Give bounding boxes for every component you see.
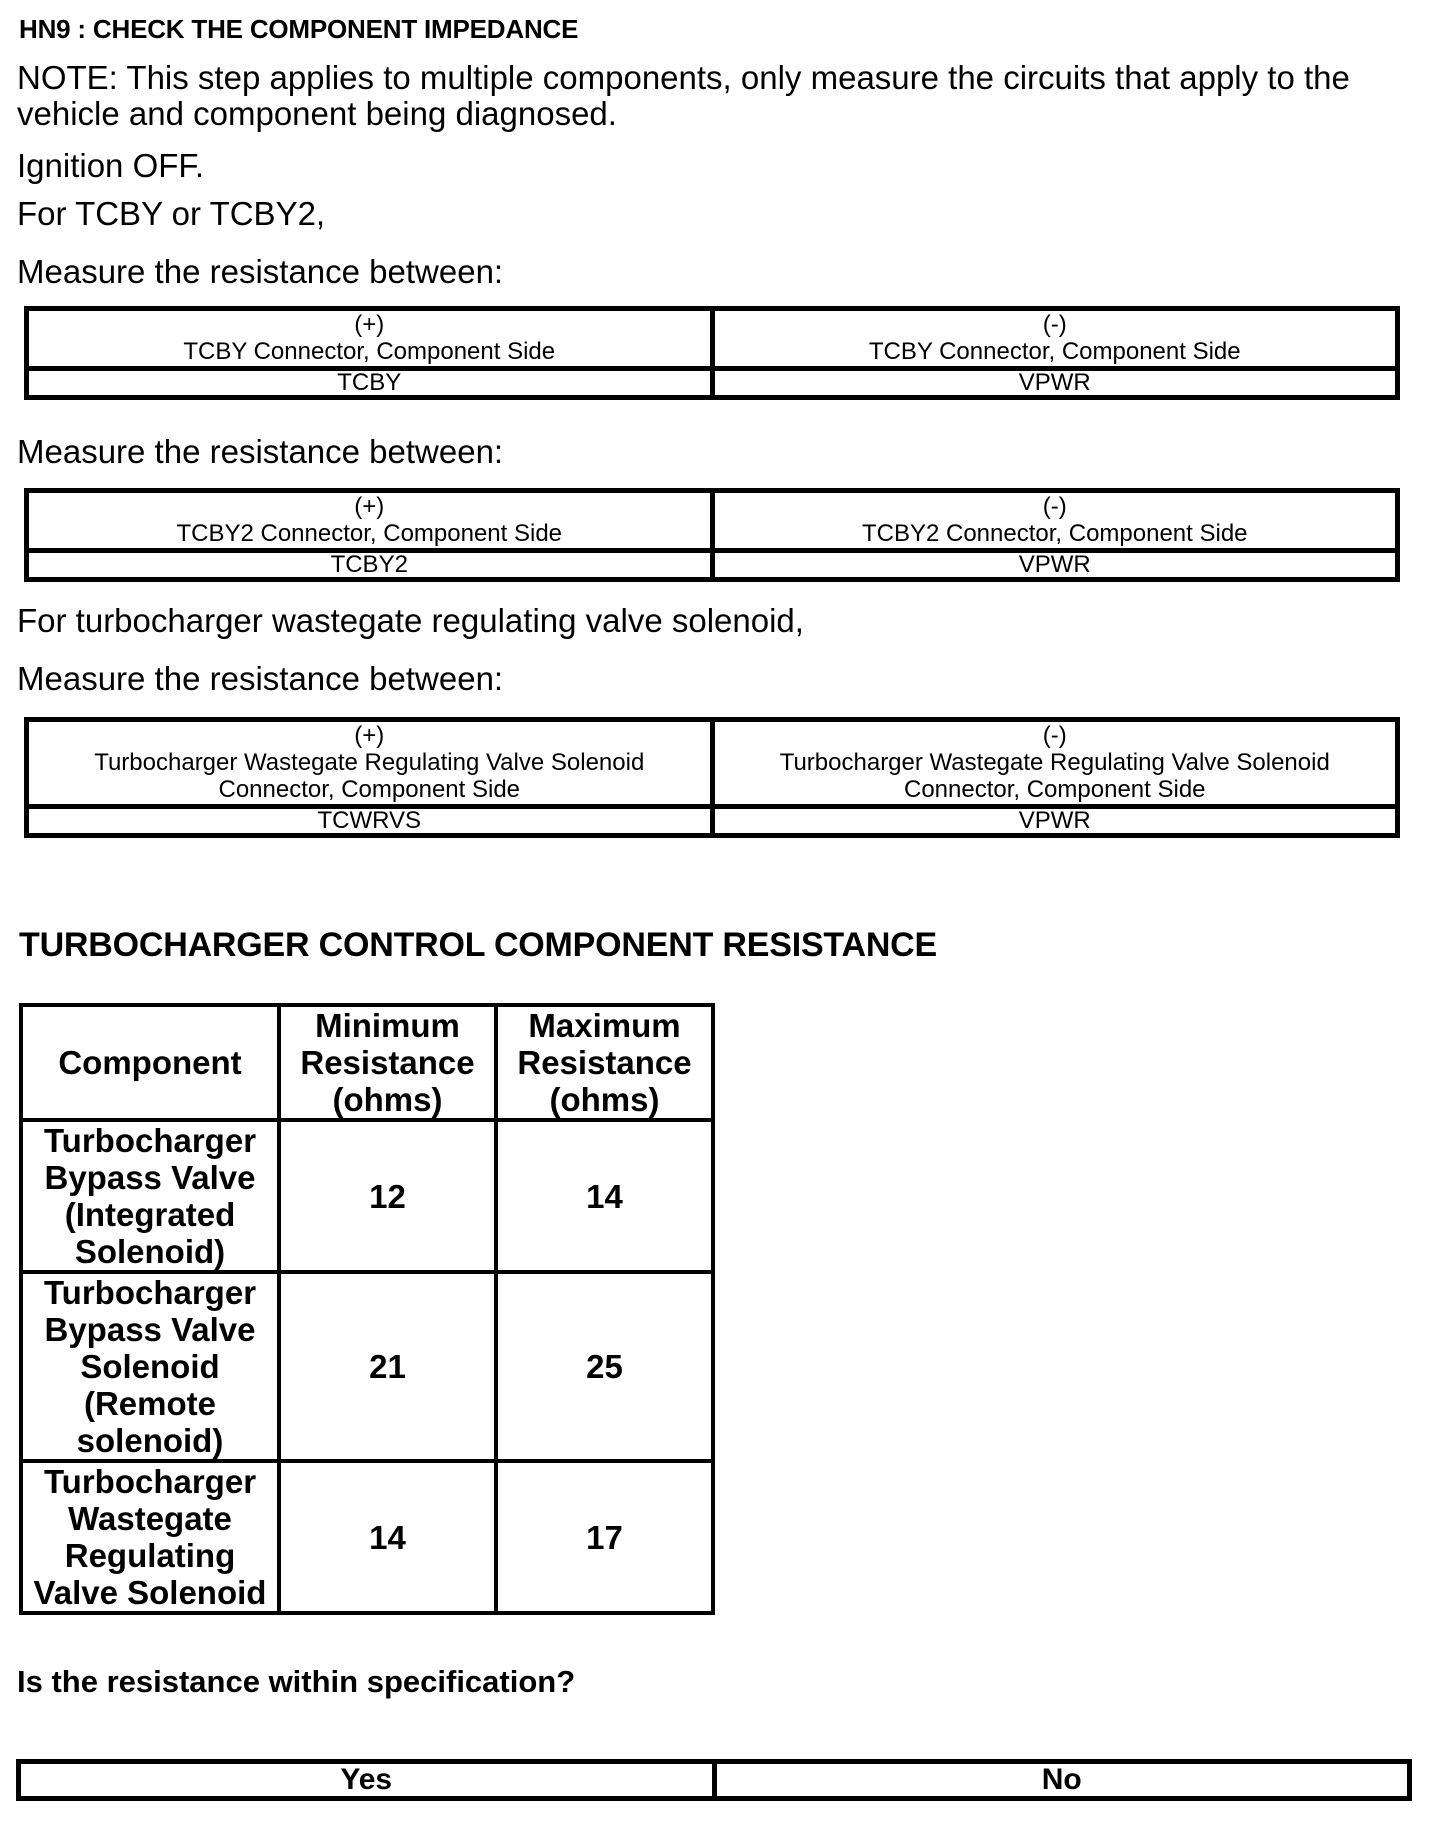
minus-header: (-) Turbocharger Wastegate Regulating Va… xyxy=(712,720,1398,807)
resistance-table-heading: TURBOCHARGER CONTROL COMPONENT RESISTANC… xyxy=(19,926,937,965)
plus-connector-line-2: Connector, Component Side xyxy=(33,776,706,803)
component-line: Wastegate xyxy=(23,1500,277,1537)
table-row: TCBY2 VPWR xyxy=(27,551,1398,580)
ignition-instruction: Ignition OFF. xyxy=(17,148,204,184)
plus-connector-line-1: Turbocharger Wastegate Regulating Valve … xyxy=(33,749,706,776)
table-row: Turbocharger Bypass Valve (Integrated So… xyxy=(21,1120,713,1272)
spec-question: Is the resistance within specification? xyxy=(17,1664,575,1700)
measure-label-1: Measure the resistance between: xyxy=(17,254,503,290)
plus-connector: TCBY Connector, Component Side xyxy=(33,338,706,365)
measurement-table-tcwrvs: (+) Turbocharger Wastegate Regulating Va… xyxy=(24,717,1400,838)
table-row: (+) Turbocharger Wastegate Regulating Va… xyxy=(27,720,1398,807)
plus-sign: (+) xyxy=(33,722,706,749)
min-resistance-cell: 21 xyxy=(279,1272,496,1461)
minus-connector-line-1: Turbocharger Wastegate Regulating Valve … xyxy=(719,749,1392,776)
resistance-table: Component Minimum Resistance (ohms) Maxi… xyxy=(19,1003,715,1615)
minus-pin: VPWR xyxy=(712,807,1398,836)
component-line: Turbocharger xyxy=(23,1463,277,1500)
plus-connector: TCBY2 Connector, Component Side xyxy=(33,520,706,547)
component-line: Valve Solenoid xyxy=(23,1574,277,1611)
no-button[interactable]: No xyxy=(714,1762,1410,1799)
max-resistance-cell: 25 xyxy=(496,1272,713,1461)
plus-header: (+) Turbocharger Wastegate Regulating Va… xyxy=(27,720,713,807)
component-line: Regulating xyxy=(23,1537,277,1574)
header-min-line-2: Resistance xyxy=(281,1044,494,1081)
component-line: Solenoid xyxy=(23,1348,277,1385)
yes-button[interactable]: Yes xyxy=(19,1762,715,1799)
header-component: Component xyxy=(21,1005,279,1120)
minus-pin: VPWR xyxy=(712,369,1398,398)
component-line: solenoid) xyxy=(23,1422,277,1459)
header-maximum: Maximum Resistance (ohms) xyxy=(496,1005,713,1120)
minus-header: (-) TCBY2 Connector, Component Side xyxy=(712,491,1398,551)
table-row: (+) TCBY2 Connector, Component Side (-) … xyxy=(27,491,1398,551)
table-row: Yes No xyxy=(19,1762,1410,1799)
component-line: (Integrated xyxy=(23,1196,277,1233)
plus-pin: TCBY xyxy=(27,369,713,398)
component-line: Solenoid) xyxy=(23,1233,277,1270)
component-cell: Turbocharger Bypass Valve (Integrated So… xyxy=(21,1120,279,1272)
header-min-line-1: Minimum xyxy=(281,1007,494,1044)
header-max-line-2: Resistance xyxy=(498,1044,711,1081)
header-max-line-3: (ohms) xyxy=(498,1081,711,1118)
minus-pin: VPWR xyxy=(712,551,1398,580)
minus-sign: (-) xyxy=(719,493,1392,520)
answer-table: Yes No xyxy=(16,1759,1412,1801)
minus-sign: (-) xyxy=(719,311,1392,338)
tcby-intro: For TCBY or TCBY2, xyxy=(17,196,325,232)
component-line: Turbocharger xyxy=(23,1274,277,1311)
plus-sign: (+) xyxy=(33,493,706,520)
component-line: Bypass Valve xyxy=(23,1159,277,1196)
measurement-table-tcby2: (+) TCBY2 Connector, Component Side (-) … xyxy=(24,488,1400,582)
component-line: Turbocharger xyxy=(23,1122,277,1159)
minus-connector-line-2: Connector, Component Side xyxy=(719,776,1392,803)
component-cell: Turbocharger Wastegate Regulating Valve … xyxy=(21,1461,279,1613)
minus-header: (-) TCBY Connector, Component Side xyxy=(712,309,1398,369)
plus-pin: TCWRVS xyxy=(27,807,713,836)
plus-header: (+) TCBY Connector, Component Side xyxy=(27,309,713,369)
max-resistance-cell: 17 xyxy=(496,1461,713,1613)
component-line: Bypass Valve xyxy=(23,1311,277,1348)
note-text: NOTE: This step applies to multiple comp… xyxy=(17,60,1350,132)
header-max-line-1: Maximum xyxy=(498,1007,711,1044)
component-cell: Turbocharger Bypass Valve Solenoid (Remo… xyxy=(21,1272,279,1461)
wastegate-intro: For turbocharger wastegate regulating va… xyxy=(17,603,804,639)
step-title: HN9 : CHECK THE COMPONENT IMPEDANCE xyxy=(19,14,578,45)
measure-label-2: Measure the resistance between: xyxy=(17,434,503,470)
plus-sign: (+) xyxy=(33,311,706,338)
table-row: (+) TCBY Connector, Component Side (-) T… xyxy=(27,309,1398,369)
component-line: (Remote xyxy=(23,1385,277,1422)
plus-header: (+) TCBY2 Connector, Component Side xyxy=(27,491,713,551)
note-line-1: NOTE: This step applies to multiple comp… xyxy=(17,60,1350,96)
header-minimum: Minimum Resistance (ohms) xyxy=(279,1005,496,1120)
plus-pin: TCBY2 xyxy=(27,551,713,580)
minus-sign: (-) xyxy=(719,722,1392,749)
table-row: Turbocharger Bypass Valve Solenoid (Remo… xyxy=(21,1272,713,1461)
min-resistance-cell: 14 xyxy=(279,1461,496,1613)
table-header-row: Component Minimum Resistance (ohms) Maxi… xyxy=(21,1005,713,1120)
table-row: TCBY VPWR xyxy=(27,369,1398,398)
minus-connector: TCBY2 Connector, Component Side xyxy=(719,520,1392,547)
table-row: TCWRVS VPWR xyxy=(27,807,1398,836)
max-resistance-cell: 14 xyxy=(496,1120,713,1272)
header-min-line-3: (ohms) xyxy=(281,1081,494,1118)
min-resistance-cell: 12 xyxy=(279,1120,496,1272)
note-line-2: vehicle and component being diagnosed. xyxy=(17,96,1350,132)
table-row: Turbocharger Wastegate Regulating Valve … xyxy=(21,1461,713,1613)
measure-label-3: Measure the resistance between: xyxy=(17,661,503,697)
measurement-table-tcby: (+) TCBY Connector, Component Side (-) T… xyxy=(24,306,1400,400)
minus-connector: TCBY Connector, Component Side xyxy=(719,338,1392,365)
